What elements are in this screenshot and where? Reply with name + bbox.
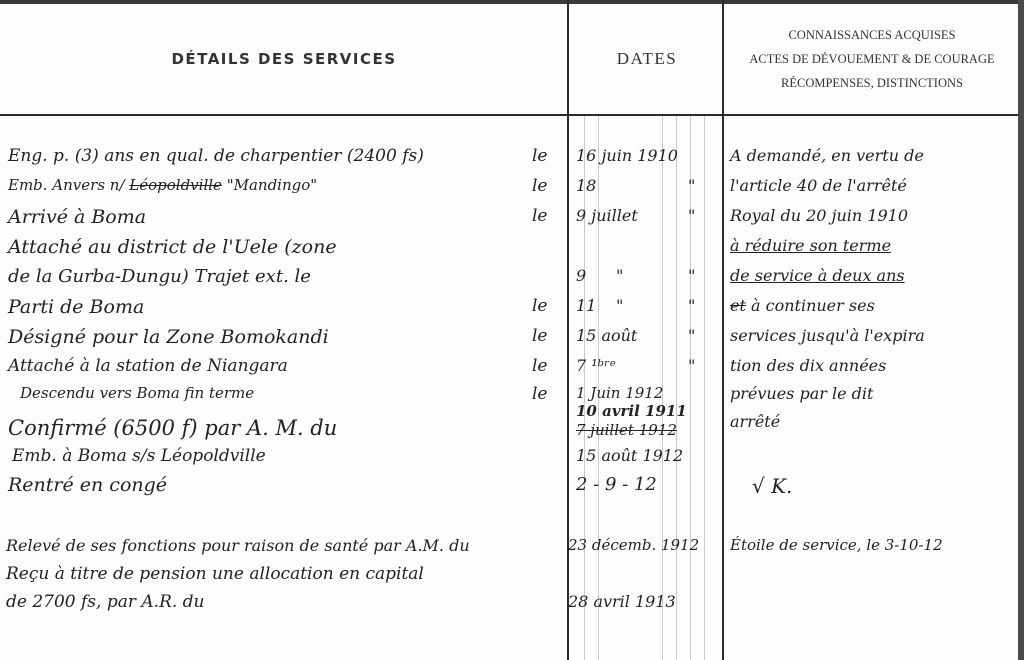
entry-prep: le	[532, 176, 548, 196]
entry-text-part: "Mandingo"	[222, 176, 317, 194]
header-rule	[0, 114, 1018, 116]
entry-text: Désigné pour la Zone Bomokandi	[8, 326, 329, 348]
entry-date: 16 juin 1910	[576, 146, 678, 165]
entry-text: Emb. à Boma s/s Léopoldville	[12, 446, 266, 466]
header-knowledge-line: CONNAISSANCES ACQUISES	[788, 23, 955, 47]
entry-text: Attaché au district de l'Uele (zone	[8, 236, 337, 258]
entry-prep: le	[532, 206, 548, 226]
entry-prep: le	[532, 384, 548, 404]
entry-text: de la Gurba-Dungu) Trajet ext. le	[8, 266, 311, 287]
ditto-mark: "	[616, 266, 623, 285]
remark-struck-line: de service à deux ans	[730, 266, 905, 285]
entry-prep: le	[532, 146, 548, 166]
entry-date: 1 Juin 1912	[576, 384, 663, 402]
date-subcolumn-rule	[676, 116, 677, 660]
entry-date: 9 juillet"	[576, 206, 638, 225]
entry-date: 15 août 1912	[576, 446, 683, 465]
entry-text: de 2700 fs, par A.R. du	[6, 592, 205, 612]
entry-date-day: 7 ¹ᵇʳᵉ	[576, 356, 616, 375]
ditto-mark: "	[688, 296, 695, 315]
ditto-mark: "	[688, 326, 695, 345]
entry-text: Confirmé (6500 f) par A. M. du	[8, 416, 337, 440]
entry-date: 18"	[576, 176, 596, 195]
entry-date: 10 avril 1911	[576, 402, 687, 420]
remark-struck-line: à réduire son terme	[730, 236, 891, 255]
ditto-mark: "	[688, 266, 695, 285]
ditto-mark: "	[688, 176, 695, 195]
entry-text: Arrivé à Boma	[8, 206, 146, 228]
date-subcolumn-rule	[690, 116, 691, 660]
remark-struck-word: et	[730, 296, 746, 315]
header-knowledge-line: ACTES DE DÉVOUEMENT & DE COURAGE	[749, 47, 994, 71]
entry-text: Reçu à titre de pension une allocation e…	[6, 564, 424, 584]
header-knowledge-distinctions: CONNAISSANCES ACQUISES ACTES DE DÉVOUEME…	[726, 4, 1018, 114]
remark-line: arrêté	[730, 412, 780, 431]
star-of-service-remark: Étoile de service, le 3-10-12	[730, 536, 943, 554]
entry-text: Eng. p. (3) ans en qual. de charpentier …	[8, 146, 424, 166]
remark-line: services jusqu'à l'expira	[730, 326, 925, 345]
entry-date: 15 août"	[576, 326, 637, 345]
entry-date: 9""	[576, 266, 586, 285]
entry-date-day: 9 juillet	[576, 206, 638, 225]
entry-text: Descendu vers Boma fin terme	[20, 384, 254, 402]
initials-signature: √ K.	[752, 474, 792, 498]
remark-line: tion des dix années	[730, 356, 886, 375]
entry-date-day: 9	[576, 266, 586, 285]
entry-text: Rentré en congé	[8, 474, 167, 496]
entry-prep: le	[532, 356, 548, 376]
entry-date: 28 avril 1913	[568, 592, 676, 611]
header-dates: DATES	[570, 4, 724, 114]
entry-date-day: 18	[576, 176, 596, 195]
ditto-mark: "	[688, 206, 695, 225]
entry-date: 2 - 9 - 12	[576, 474, 657, 495]
header-details-of-services: DÉTAILS DES SERVICES	[0, 4, 568, 114]
entry-date-day: 15 août	[576, 326, 637, 345]
date-subcolumn-rule	[704, 116, 705, 660]
entry-text: Attaché à la station de Niangara	[8, 356, 288, 376]
right-border	[1018, 0, 1024, 660]
ditto-mark: "	[688, 356, 695, 375]
entry-struck-date: 7 juillet 1912	[576, 421, 677, 439]
entry-date: 11""	[576, 296, 596, 315]
entry-text: Parti de Boma	[8, 296, 144, 318]
remark-line: et à continuer ses	[730, 296, 875, 315]
remark-line: prévues par le dit	[730, 384, 873, 403]
entry-text-part: Emb. Anvers n/	[8, 176, 129, 194]
remark-line: l'article 40 de l'arrêté	[730, 176, 907, 195]
entry-text: Relevé de ses fonctions pour raison de s…	[6, 536, 470, 555]
entry-prep: le	[532, 296, 548, 316]
remark-line: A demandé, en vertu de	[730, 146, 924, 165]
entry-date: 7 ¹ᵇʳᵉ"	[576, 356, 616, 375]
ditto-mark: "	[616, 296, 623, 315]
entry-struck-text: Léopoldville	[129, 176, 222, 194]
entry-text: Emb. Anvers n/ Léopoldville "Mandingo"	[8, 176, 317, 194]
entry-date-day: 11	[576, 296, 596, 315]
entry-date: 23 décemb. 1912	[568, 536, 699, 554]
remark-text: à continuer ses	[751, 296, 875, 315]
header-knowledge-line: RÉCOMPENSES, DISTINCTIONS	[781, 71, 963, 95]
entry-prep: le	[532, 326, 548, 346]
remark-line: Royal du 20 juin 1910	[730, 206, 908, 225]
service-record-page: DÉTAILS DES SERVICES DATES CONNAISSANCES…	[0, 0, 1024, 660]
